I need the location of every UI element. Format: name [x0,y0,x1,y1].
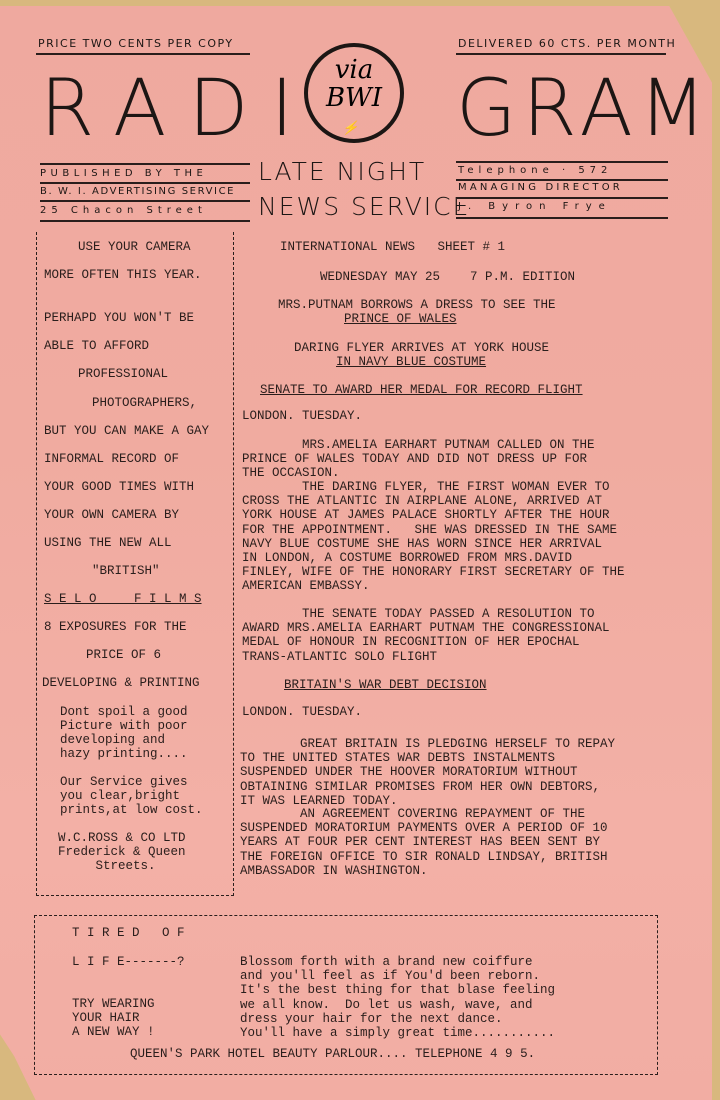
divider [40,220,250,222]
managing-director-label: MANAGING DIRECTOR [458,182,623,193]
ad-line: PROFESSIONAL [78,367,168,381]
divider [456,197,668,199]
ad-line: 8 EXPOSURES FOR THE [44,620,187,634]
dateline: LONDON. TUESDAY. [242,409,362,423]
advertiser-name: W.C.ROSS & CO LTD Frederick & Queen Stre… [58,831,186,873]
ad-line: "BRITISH" [92,564,160,578]
telephone-label: Telephone · 572 [458,165,612,176]
ad-paragraph: Our Service gives you clear,bright print… [60,775,203,817]
dateline: LONDON. TUESDAY. [242,705,362,719]
logo-bwi-text: BWI [308,83,400,113]
story-paragraph: GREAT BRITAIN IS PLEDGING HERSELF TO REP… [240,737,615,808]
headline: PRINCE OF WALES [344,312,457,326]
via-bwi-logo: via BWI ⚡ [304,43,404,143]
ad-paragraph: Dont spoil a good Picture with poor deve… [60,705,188,761]
headline: IN NAVY BLUE COSTUME [336,355,486,369]
story-paragraph: MRS.AMELIA EARHART PUTNAM CALLED ON THE … [242,438,595,481]
story-paragraph: THE DARING FLYER, THE FIRST WOMAN EVER T… [242,480,625,594]
headline: BRITAIN'S WAR DEBT DECISION [284,678,487,692]
late-night-label: LATE NIGHT [258,157,426,186]
logo-via-text: via [308,55,400,85]
agency-name: B. W. I. ADVERTISING SERVICE [40,186,235,197]
headline: MRS.PUTNAM BORROWS A DRESS TO SEE THE [278,298,556,312]
ad-line: PHOTOGRAPHERS, [92,396,197,410]
headline: DARING FLYER ARRIVES AT YORK HOUSE [294,341,549,355]
ad-line: BUT YOU CAN MAKE A GAY [44,424,209,438]
lightning-bolt-icon: ⚡ [342,121,358,136]
headline: SENATE TO AWARD HER MEDAL FOR RECORD FLI… [260,383,583,397]
news-service-label: NEWS SERVICE [258,192,470,221]
divider [36,53,250,55]
delivery-price-label: DELIVERED 60 CTS. PER MONTH [458,37,676,50]
title-radi: RADI [40,70,315,148]
sheet-header: INTERNATIONAL NEWS SHEET # 1 [280,240,505,254]
title-gram: GRAM [456,70,712,148]
ad-line: DEVELOPING & PRINTING [42,676,200,690]
ad-tagline: TRY WEARING YOUR HAIR A NEW WAY ! [72,997,155,1040]
ad-line: YOUR GOOD TIMES WITH [44,480,194,494]
ad-headline: T I R E D O F [72,926,185,940]
ad-line: USING THE NEW ALL [44,536,172,550]
agency-address: 25 Chacon Street [40,205,207,216]
selo-films-brand: S E L O F I L M S [44,592,202,606]
divider [40,182,250,184]
divider [456,161,668,163]
ad-headline: L I F E-------? [72,955,185,969]
divider [456,53,666,55]
edition-line: WEDNESDAY MAY 25 7 P.M. EDITION [320,270,575,284]
ad-line: INFORMAL RECORD OF [44,452,179,466]
divider [40,200,250,202]
story-paragraph: AN AGREEMENT COVERING REPAYMENT OF THE S… [240,807,608,878]
ad-line: PRICE OF 6 [86,648,161,662]
ad-line: USE YOUR CAMERA [78,240,191,254]
ad-footer: QUEEN'S PARK HOTEL BEAUTY PARLOUR.... TE… [130,1047,535,1061]
price-label: PRICE TWO CENTS PER COPY [38,37,234,50]
ad-line: PERHAPD YOU WON'T BE [44,311,194,325]
divider [456,217,668,219]
ad-body: Blossom forth with a brand new coiffure … [240,955,555,1040]
story-paragraph: THE SENATE TODAY PASSED A RESOLUTION TO … [242,607,610,664]
divider [456,179,668,181]
ad-line: MORE OFTEN THIS YEAR. [44,268,202,282]
published-by: PUBLISHED BY THE [40,168,207,179]
ad-line: YOUR OWN CAMERA BY [44,508,179,522]
ad-line: ABLE TO AFFORD [44,339,149,353]
managing-director-name: J. Byron Frye [458,201,612,212]
divider [40,163,250,165]
